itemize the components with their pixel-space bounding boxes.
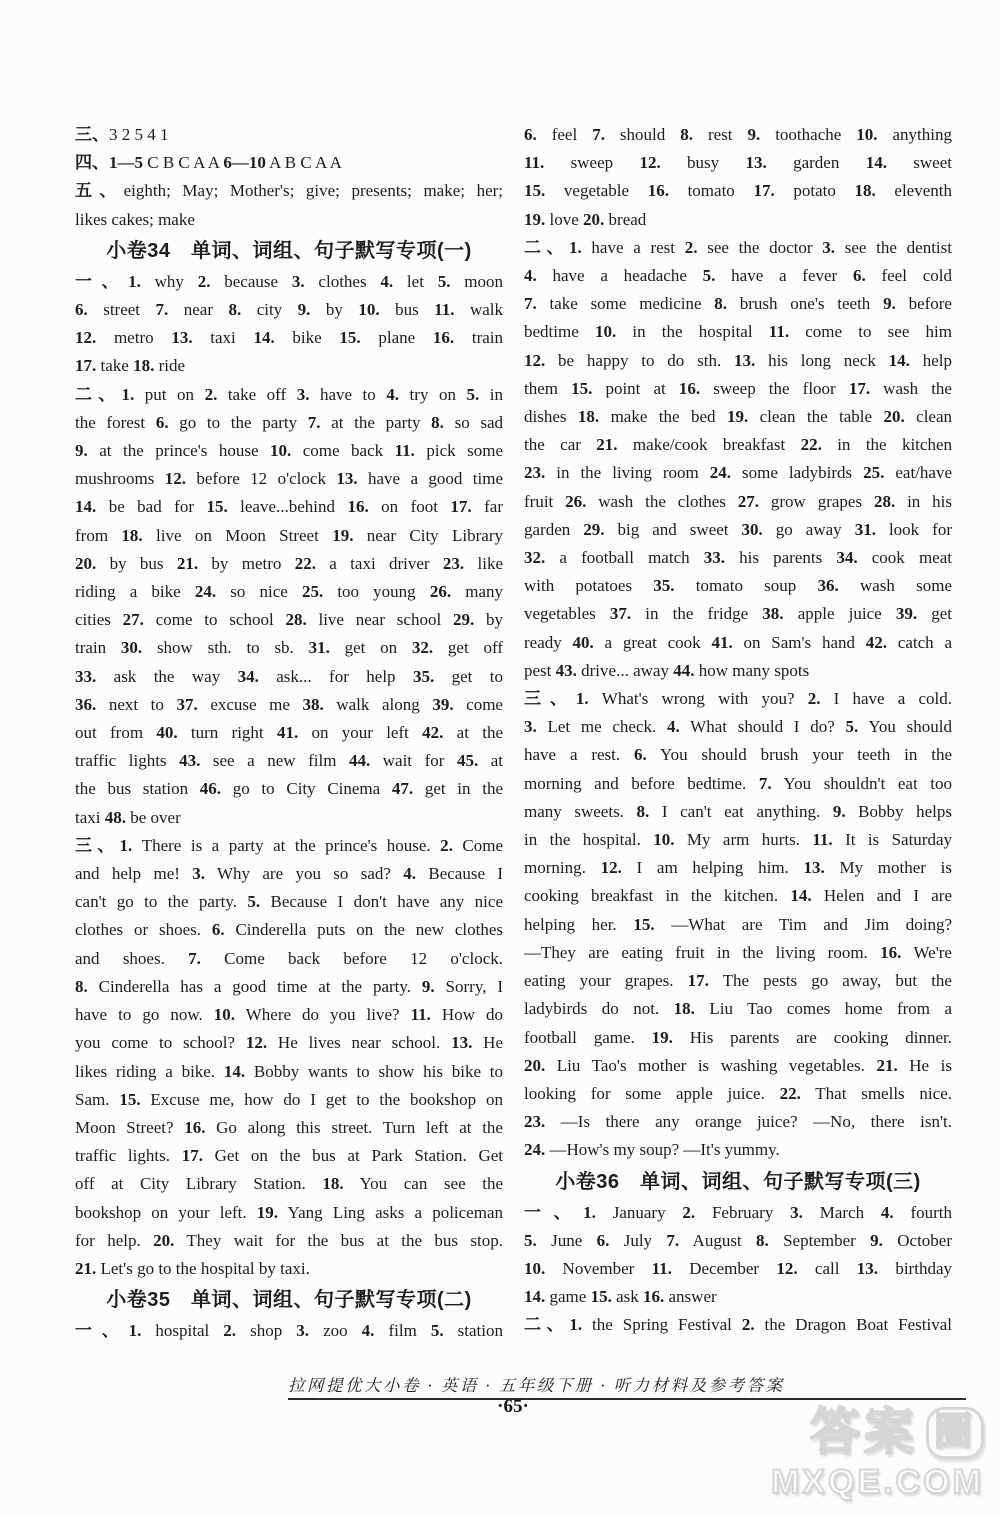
answer-line: traffic lights. 17. Get on the bus at Pa…: [75, 1142, 503, 1170]
answer-line: 6. feel 7. should 8. rest 9. toothache 1…: [524, 121, 952, 149]
answer-line: clothes or shoes. 6. Cinderella puts on …: [75, 916, 503, 944]
answer-line: 14. be bad for 15. leave...behind 16. on…: [75, 493, 503, 521]
answer-line: and shoes. 7. Come back before 12 o'cloc…: [75, 945, 503, 973]
answer-line: cooking breakfast in the kitchen. 14. He…: [524, 882, 952, 910]
watermark-brand-text: 答案: [810, 1404, 918, 1460]
answer-line: 一、1. January 2. February 3. March 4. fou…: [524, 1199, 952, 1227]
answer-line: eating your grapes. 17. The pests go awa…: [524, 967, 952, 995]
answer-line: cities 27. come to school 28. live near …: [75, 606, 503, 634]
answer-line: 二、1. have a rest 2. see the doctor 3. se…: [524, 234, 952, 262]
answer-line: dishes 18. make the bed 19. clean the ta…: [524, 403, 952, 431]
answer-line: traffic lights 43. see a new film 44. wa…: [75, 747, 503, 775]
answer-line: 9. at the prince's house 10. come back 1…: [75, 437, 503, 465]
answer-line: riding a bike 24. so nice 25. too young …: [75, 578, 503, 606]
answer-line: 14. game 15. ask 16. answer: [524, 1283, 952, 1311]
answer-line: with potatoes 35. tomato soup 36. wash s…: [524, 572, 952, 600]
answer-line: off at City Library Station. 18. You can…: [75, 1170, 503, 1198]
answer-line: train 30. show sth. to sb. 31. get on 32…: [75, 634, 503, 662]
answer-line: taxi 48. be over: [75, 804, 503, 832]
left-column: 三、3 2 5 4 1四、1—5 C B C A A 6—10 A B C A …: [75, 121, 503, 1345]
answer-line: morning. 12. I am helping him. 13. My mo…: [524, 854, 952, 882]
answer-line: the bus station 46. go to City Cinema 47…: [75, 775, 503, 803]
answer-line: 三、1. There is a party at the prince's ho…: [75, 832, 503, 860]
answer-line: 二、1. the Spring Festival 2. the Dragon B…: [524, 1311, 952, 1339]
answer-line: them 15. point at 16. sweep the floor 17…: [524, 375, 952, 403]
answer-line: 33. ask the way 34. ask... for help 35. …: [75, 663, 503, 691]
section-heading: 小卷34 单词、词组、句子默写专项(一): [75, 234, 503, 268]
answer-line: 17. take 18. ride: [75, 352, 503, 380]
answer-line: morning and before bedtime. 7. You shoul…: [524, 770, 952, 798]
answer-line: from 18. live on Moon Street 19. near Ci…: [75, 522, 503, 550]
section-heading: 小卷35 单词、词组、句子默写专项(二): [75, 1283, 503, 1317]
answer-line: 12. be happy to do sth. 13. his long nec…: [524, 347, 952, 375]
answer-line: 二、1. put on 2. take off 3. have to 4. tr…: [75, 381, 503, 409]
answer-line: 20. by bus 21. by metro 22. a taxi drive…: [75, 550, 503, 578]
answer-line: Moon Street? 16. Go along this street. T…: [75, 1114, 503, 1142]
section-heading: 小卷36 单词、词组、句子默写专项(三): [524, 1165, 952, 1199]
answer-line: football game. 19. His parents are cooki…: [524, 1024, 952, 1052]
answer-line: Sam. 15. Excuse me, how do I get to the …: [75, 1086, 503, 1114]
answer-line: pest 43. drive... away 44. how many spot…: [524, 657, 952, 685]
watermark-logo: 答案圈: [771, 1404, 984, 1460]
watermark: 答案圈 MXQE.COM: [771, 1404, 984, 1502]
answer-line: 6. street 7. near 8. city 9. by 10. bus …: [75, 296, 503, 324]
answer-line: likes cakes; make: [75, 206, 503, 234]
answer-line: 11. sweep 12. busy 13. garden 14. sweet: [524, 149, 952, 177]
answer-line: 三、3 2 5 4 1: [75, 121, 503, 149]
answer-line: mushrooms 12. before 12 o'clock 13. have…: [75, 465, 503, 493]
watermark-site-url: MXQE.COM: [771, 1462, 984, 1502]
answer-line: —They are eating fruit in the living roo…: [524, 939, 952, 967]
watermark-badge: 圈: [926, 1407, 984, 1459]
answer-line: 一、1. why 2. because 3. clothes 4. let 5.…: [75, 268, 503, 296]
answer-line: have to go now. 10. Where do you live? 1…: [75, 1001, 503, 1029]
answer-line: 8. Cinderella has a good time at the par…: [75, 973, 503, 1001]
answer-line: 20. Liu Tao's mother is washing vegetabl…: [524, 1052, 952, 1080]
answer-line: 21. Let's go to the hospital by taxi.: [75, 1255, 503, 1283]
answer-line: 23. in the living room 24. some ladybird…: [524, 459, 952, 487]
answer-line: 四、1—5 C B C A A 6—10 A B C A A: [75, 149, 503, 177]
answer-line: 10. November 11. December 12. call 13. b…: [524, 1255, 952, 1283]
answer-line: for help. 20. They wait for the bus at t…: [75, 1227, 503, 1255]
answer-line: bedtime 10. in the hospital 11. come to …: [524, 318, 952, 346]
answer-line: 7. take some medicine 8. brush one's tee…: [524, 290, 952, 318]
answer-line: 24. —How's my soup? —It's yummy.: [524, 1136, 952, 1164]
answer-line: 19. love 20. bread: [524, 206, 952, 234]
right-column: 6. feel 7. should 8. rest 9. toothache 1…: [524, 121, 952, 1345]
answer-line: in the hospital. 10. My arm hurts. 11. I…: [524, 826, 952, 854]
answer-line: 15. vegetable 16. tomato 17. potato 18. …: [524, 177, 952, 205]
answer-text-columns: 三、3 2 5 4 1四、1—5 C B C A A 6—10 A B C A …: [75, 121, 952, 1345]
answer-line: the car 21. make/cook breakfast 22. in t…: [524, 431, 952, 459]
answer-line: have a rest. 6. You should brush your te…: [524, 741, 952, 769]
answer-line: 4. have a headache 5. have a fever 6. fe…: [524, 262, 952, 290]
answer-line: 12. metro 13. taxi 14. bike 15. plane 16…: [75, 324, 503, 352]
answer-line: vegetables 37. in the fridge 38. apple j…: [524, 600, 952, 628]
answer-line: 五、eighth; May; Mother's; give; presents;…: [75, 177, 503, 205]
answer-line: fruit 26. wash the clothes 27. grow grap…: [524, 488, 952, 516]
answer-line: looking for some apple juice. 22. That s…: [524, 1080, 952, 1108]
answer-line: 三、1. What's wrong with you? 2. I have a …: [524, 685, 952, 713]
answer-line: can't go to the party. 5. Because I don'…: [75, 888, 503, 916]
answer-line: and help me! 3. Why are you so sad? 4. B…: [75, 860, 503, 888]
answer-line: helping her. 15. —What are Tim and Jim d…: [524, 911, 952, 939]
answer-line: ladybirds do not. 18. Liu Tao comes home…: [524, 995, 952, 1023]
answer-line: bookshop on your left. 19. Yang Ling ask…: [75, 1199, 503, 1227]
answer-line: out from 40. turn right 41. on your left…: [75, 719, 503, 747]
answer-line: ready 40. a great cook 41. on Sam's hand…: [524, 629, 952, 657]
answer-line: likes riding a bike. 14. Bobby wants to …: [75, 1058, 503, 1086]
answer-line: the forest 6. go to the party 7. at the …: [75, 409, 503, 437]
answer-line: 一、1. hospital 2. shop 3. zoo 4. film 5. …: [75, 1317, 503, 1345]
answer-line: garden 29. big and sweet 30. go away 31.…: [524, 516, 952, 544]
answer-line: 36. next to 37. excuse me 38. walk along…: [75, 691, 503, 719]
answer-line: 23. —Is there any orange juice? —No, the…: [524, 1108, 952, 1136]
answer-line: 5. June 6. July 7. August 8. September 9…: [524, 1227, 952, 1255]
answer-line: 32. a football match 33. his parents 34.…: [524, 544, 952, 572]
answer-line: many sweets. 8. I can't eat anything. 9.…: [524, 798, 952, 826]
answer-line: you come to school? 12. He lives near sc…: [75, 1029, 503, 1057]
answer-line: 3. Let me check. 4. What should I do? 5.…: [524, 713, 952, 741]
